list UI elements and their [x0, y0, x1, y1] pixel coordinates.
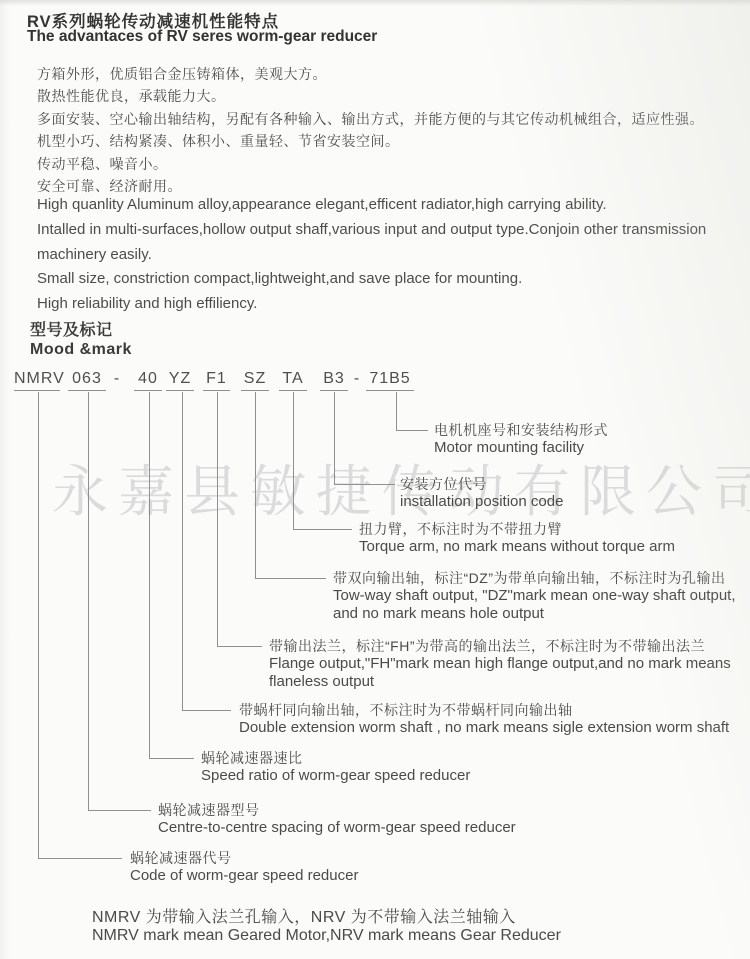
feature-list-zh: 方箱外形，优质铝合金压铸箱体，美观大方。 散热性能优良，承载能力大。 多面安装、…	[37, 63, 737, 197]
label-motor-mounting-zh: 电机机座号和安装结构形式	[434, 421, 608, 439]
leader-line-b3-horizontal	[334, 484, 395, 485]
label-installation-position: 安装方位代号 installation position code	[400, 475, 563, 511]
label-two-way-shaft-output-en2: and no mark means hole output	[333, 605, 736, 623]
feature-en-line: Small size, constriction compact,lightwe…	[37, 267, 737, 292]
leader-line-40-horizontal	[149, 758, 194, 759]
leader-line-063-horizontal	[88, 810, 151, 811]
label-flange-output-en1: Flange output,"FH"mark mean high flange …	[269, 655, 731, 673]
leader-line-ta-vertical	[293, 392, 294, 529]
code-token-yz: YZ	[166, 368, 194, 391]
code-token-71b5: 71B5	[366, 368, 414, 391]
label-two-way-shaft-output-en1: Tow-way shaft output, "DZ"mark mean one-…	[333, 587, 736, 605]
code-dash-2: -	[350, 368, 364, 391]
label-double-extension-worm-shaft: 带蜗杆同向输出轴，不标注时为不带蜗杆同向输出轴 Double extension…	[239, 701, 729, 737]
leader-line-yz-vertical	[182, 392, 183, 710]
leader-line-ta-horizontal	[293, 529, 352, 530]
label-torque-arm-zh: 扭力臂，不标注时为不带扭力臂	[359, 520, 675, 538]
label-flange-output-en2: flaneless output	[269, 673, 731, 691]
label-torque-arm: 扭力臂，不标注时为不带扭力臂 Torque arm, no mark means…	[359, 520, 675, 556]
feature-list-en: High quanlity Aluminum alloy,appearance …	[37, 193, 737, 317]
model-section-heading: 型号及标记 Mood &mark	[30, 321, 132, 359]
leader-line-f1-vertical	[217, 392, 218, 646]
code-token-40: 40	[134, 368, 162, 391]
feature-zh-line: 散热性能优良，承载能力大。	[37, 85, 737, 107]
code-token-063: 063	[68, 368, 106, 391]
leader-line-40-vertical	[149, 392, 150, 758]
code-token-b3: B3	[320, 368, 348, 391]
feature-zh-line: 多面安装、空心输出轴结构，另配有各种输入、输出方式，并能方便的与其它传动机械组合…	[37, 108, 737, 130]
label-centre-spacing-en: Centre-to-centre spacing of worm-gear sp…	[158, 819, 516, 837]
leader-line-nmrv-horizontal	[38, 858, 122, 859]
leader-line-f1-horizontal	[217, 646, 262, 647]
leader-line-sz-vertical	[255, 392, 256, 578]
label-reducer-code-zh: 蜗轮减速器代号	[130, 849, 358, 867]
label-reducer-code-en: Code of worm-gear speed reducer	[130, 867, 358, 885]
footer-note-zh: NMRV 为带输入法兰孔输入，NRV 为不带输入法兰轴输入	[92, 904, 516, 927]
label-installation-position-zh: 安装方位代号	[400, 475, 563, 493]
label-speed-ratio-zh: 蜗轮减速器速比	[201, 749, 470, 767]
leader-line-71b5-vertical	[396, 392, 397, 430]
label-centre-spacing-zh: 蜗轮减速器型号	[158, 801, 516, 819]
label-reducer-code: 蜗轮减速器代号 Code of worm-gear speed reducer	[130, 849, 358, 885]
code-token-ta: TA	[279, 368, 307, 391]
model-heading-en: Mood &mark	[30, 340, 132, 359]
page-title-en: The advantaces of RV seres worm-gear red…	[27, 28, 377, 46]
leader-line-yz-horizontal	[182, 710, 231, 711]
label-double-extension-worm-shaft-zh: 带蜗杆同向输出轴，不标注时为不带蜗杆同向输出轴	[239, 701, 729, 719]
feature-zh-line: 传动平稳、噪音小。	[37, 153, 737, 175]
label-installation-position-en: installation position code	[400, 493, 563, 511]
feature-zh-line: 机型小巧、结构紧凑、体积小、重量轻、节省安装空间。	[37, 130, 737, 152]
model-heading-zh: 型号及标记	[30, 321, 132, 340]
label-two-way-shaft-output-zh: 带双向输出轴，标注“DZ”为带单向输出轴，不标注时为孔输出	[333, 569, 736, 587]
leader-line-nmrv-vertical	[38, 392, 39, 858]
leader-line-71b5-horizontal	[396, 430, 428, 431]
label-motor-mounting: 电机机座号和安装结构形式 Motor mounting facility	[434, 421, 608, 457]
leader-line-063-vertical	[88, 392, 89, 810]
code-dash-1: -	[108, 368, 126, 391]
label-speed-ratio-en: Speed ratio of worm-gear speed reducer	[201, 767, 470, 785]
code-token-f1: F1	[203, 368, 230, 391]
label-speed-ratio: 蜗轮减速器速比 Speed ratio of worm-gear speed r…	[201, 749, 470, 785]
label-motor-mounting-en: Motor mounting facility	[434, 439, 608, 457]
feature-en-line: Intalled in multi-surfaces,hollow output…	[37, 218, 737, 268]
label-double-extension-worm-shaft-en: Double extension worm shaft , no mark me…	[239, 719, 729, 737]
label-torque-arm-en: Torque arm, no mark means without torque…	[359, 538, 675, 556]
code-token-sz: SZ	[241, 368, 269, 391]
catalog-page: 永嘉县敏捷传动有限公司 RV系列蜗轮传动减速机性能特点 The advantac…	[0, 0, 750, 959]
feature-en-line: High quanlity Aluminum alloy,appearance …	[37, 193, 737, 218]
footer-note-en: NMRV mark mean Geared Motor,NRV mark mea…	[92, 927, 561, 945]
label-flange-output: 带输出法兰，标注“FH”为带高的输出法兰，不标注时为不带输出法兰 Flange …	[269, 637, 731, 691]
label-two-way-shaft-output: 带双向输出轴，标注“DZ”为带单向输出轴，不标注时为孔输出 Tow-way sh…	[333, 569, 736, 623]
code-token-nmrv: NMRV	[14, 368, 60, 391]
label-flange-output-zh: 带输出法兰，标注“FH”为带高的输出法兰，不标注时为不带输出法兰	[269, 637, 731, 655]
feature-zh-line: 方箱外形，优质铝合金压铸箱体，美观大方。	[37, 63, 737, 85]
leader-line-sz-horizontal	[255, 578, 326, 579]
leader-line-b3-vertical	[334, 392, 335, 484]
label-centre-spacing: 蜗轮减速器型号 Centre-to-centre spacing of worm…	[158, 801, 516, 837]
feature-en-line: High reliability and high effiliency.	[37, 292, 737, 317]
